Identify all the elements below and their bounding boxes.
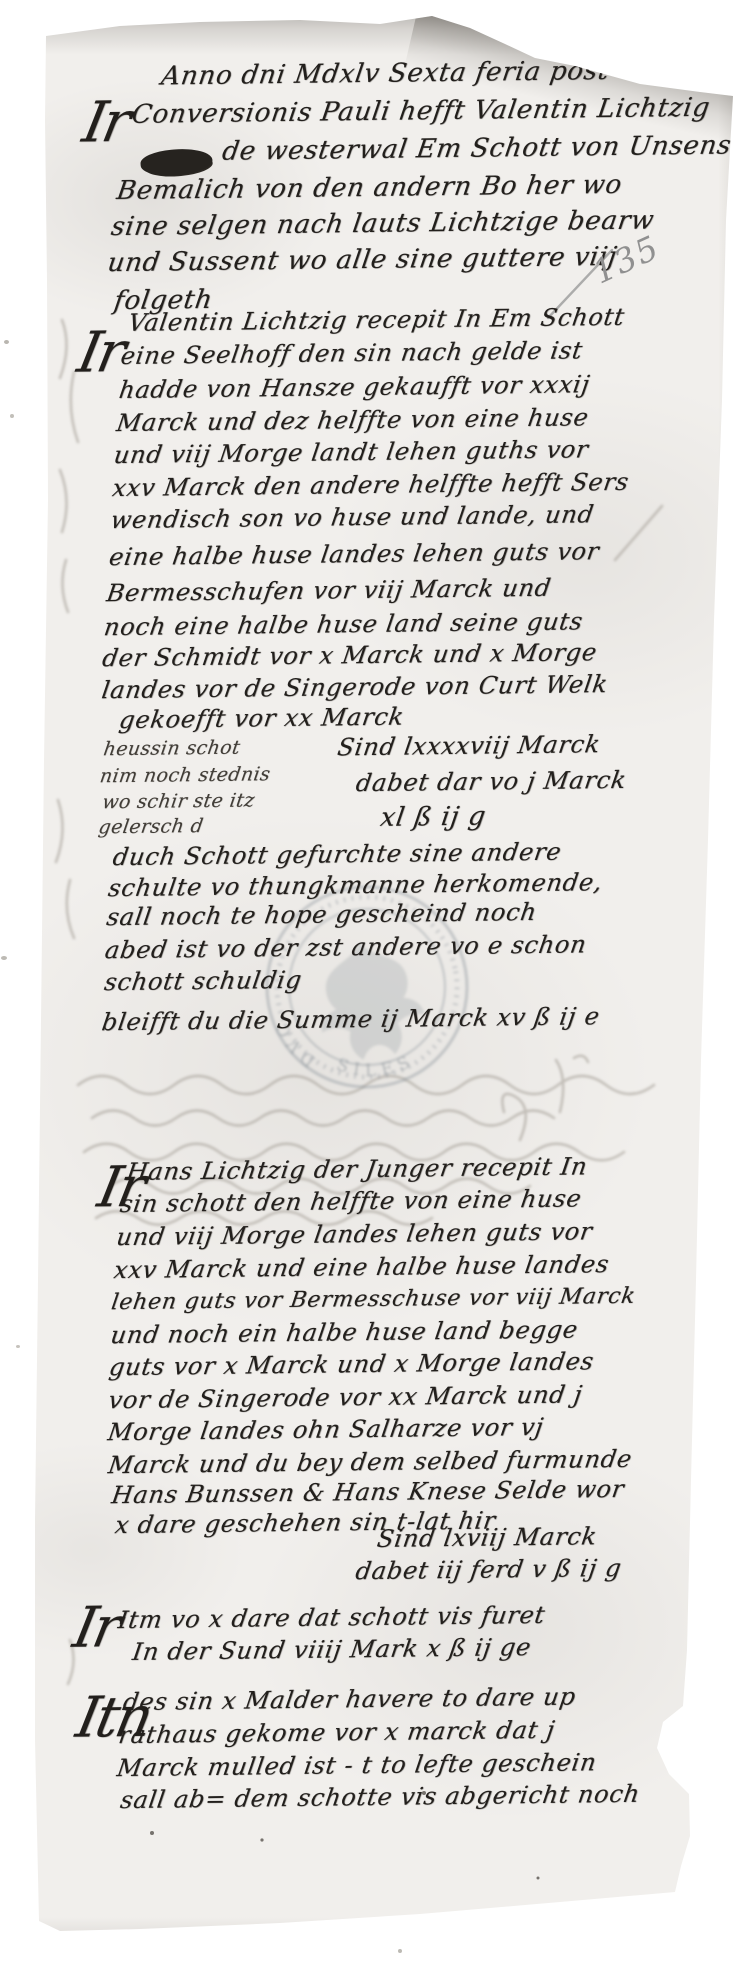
margin-note-line: heussin schot: [102, 737, 242, 761]
sum-line: Sind lxxxxviij Marck: [336, 730, 603, 761]
manuscript-line: eine halbe huse landes lehen guts vor: [107, 537, 601, 571]
manuscript-line: Marck mulled ist - t to lefte geschein: [115, 1748, 599, 1782]
manuscript-line: landes vor de Singerode von Curt Welk: [100, 670, 610, 704]
manuscript-line: duch Schott gefurchte sine andere: [111, 838, 564, 872]
manuscript-line: lehen guts vor Bermesschuse vor viij Mar…: [110, 1284, 638, 1315]
manuscript-line: sall ab= dem schotte vis abgericht noch: [118, 1780, 642, 1814]
manuscript-line: und viij Morge landt lehen guths vor: [112, 435, 590, 469]
manuscript-line: wendisch son vo huse und lande, und: [109, 500, 596, 534]
manuscript-line: guts vor x Marck und x Morge landes: [107, 1347, 596, 1381]
paragraph-mark: Ir: [78, 95, 132, 152]
manuscript-line: de westerwal Em Schott von Unsens: [220, 131, 733, 167]
manuscript-line: der Schmidt vor x Marck und x Morge: [101, 638, 600, 672]
manuscript-line: Bermesschufen vor viij Marck und: [105, 574, 553, 607]
manuscript-line: xxv Marck den andere helffte hefft Sers: [110, 468, 630, 502]
manuscript-line: Valentin Lichtzig recepit In Em Schott: [126, 303, 626, 337]
manuscript-line: Morge landes ohn Salharze vor vj: [106, 1413, 546, 1446]
manuscript-line: xxv Marck und eine halbe huse landes: [112, 1250, 611, 1284]
manuscript-line: des sin x Malder havere to dare up: [121, 1683, 578, 1717]
manuscript-line: Anno dni Mdxlv Sexta feria post: [159, 56, 611, 92]
sum-line: dabet dar vo j Marck: [354, 766, 628, 797]
manuscript-line: und Sussent wo alle sine guttere viij: [106, 242, 620, 278]
manuscript-line: Hans Lichtzig der Junger recepit In: [125, 1152, 590, 1186]
manuscript-line: Conversionis Pauli hefft Valentin Lichtz…: [130, 93, 712, 130]
scan-speck: [1, 956, 7, 960]
margin-note-line: gelersch d: [97, 815, 205, 838]
manuscript-line: In der Sund viiij Mark x ß ij ge: [131, 1633, 534, 1666]
margin-note-line: wo schir ste itz: [101, 789, 257, 813]
paragraph-mark: Ir: [73, 325, 127, 382]
manuscript-line: hadde von Hansze gekaufft vor xxxij: [117, 370, 592, 404]
sum-line: Sind lxviij Marck: [375, 1522, 599, 1553]
scan-speck: [398, 1949, 402, 1953]
manuscript-line: sine selgen nach lauts Lichtzige bearw: [109, 205, 656, 242]
manuscript-line: schott schuldig: [102, 966, 303, 996]
manuscript-line: eine Seelhoff den sin nach gelde ist: [119, 336, 585, 370]
manuscript-line: bleifft du die Summe ij Marck xv ß ij e: [100, 1002, 602, 1036]
manuscript-line: noch eine halbe huse land seine guts: [102, 607, 585, 641]
manuscript-line: abed ist vo der zst andere vo e schon: [103, 930, 589, 964]
manuscript-line: sin schott den helffte von eine huse: [118, 1184, 583, 1218]
manuscript-line: gekoefft vor xx Marck: [117, 703, 406, 735]
sum-line: dabet iij ferd v ß ij g: [354, 1554, 624, 1585]
paragraph-mark: Ir: [69, 1600, 123, 1657]
sum-line: xl ß ij g: [378, 802, 488, 833]
manuscript-line: und noch ein halbe huse land begge: [109, 1315, 580, 1349]
handwriting-layer: Ir Anno dni Mdxlv Sexta feria post Conve…: [0, 0, 752, 1987]
manuscript-line: Bemalich von den andern Bo her wo: [115, 170, 624, 206]
manuscript-line: sall noch te hope gescheind noch: [105, 898, 539, 931]
ink-blot: [140, 146, 214, 178]
manuscript-line: und viij Morge landes lehen guts vor: [115, 1217, 595, 1251]
manuscript-line: Itm vo x dare dat schott vis furet: [116, 1601, 547, 1634]
edge-shadow-left: [0, 0, 26, 1987]
manuscript-line: rathaus gekome vor x marck dat j: [117, 1716, 557, 1749]
scan-speck: [10, 414, 14, 418]
scan-background: DVC SILES Ir Anno dni Mdxlv Sexta feria …: [0, 0, 752, 1987]
scan-speck: [16, 1345, 20, 1348]
manuscript-line: vor de Singerode vor xx Marck und j: [107, 1380, 585, 1414]
manuscript-line: Marck und du bey dem selbed furmunde: [106, 1445, 634, 1479]
scan-speck: [4, 340, 9, 344]
manuscript-page: DVC SILES Ir Anno dni Mdxlv Sexta feria …: [0, 0, 752, 1987]
manuscript-line: Marck und dez helffte von eine huse: [115, 403, 591, 437]
folio-number: 135: [587, 227, 666, 291]
margin-note-line: nim noch stednis: [98, 763, 271, 787]
manuscript-line: Hans Bunssen & Hans Knese Selde wor: [110, 1475, 627, 1509]
